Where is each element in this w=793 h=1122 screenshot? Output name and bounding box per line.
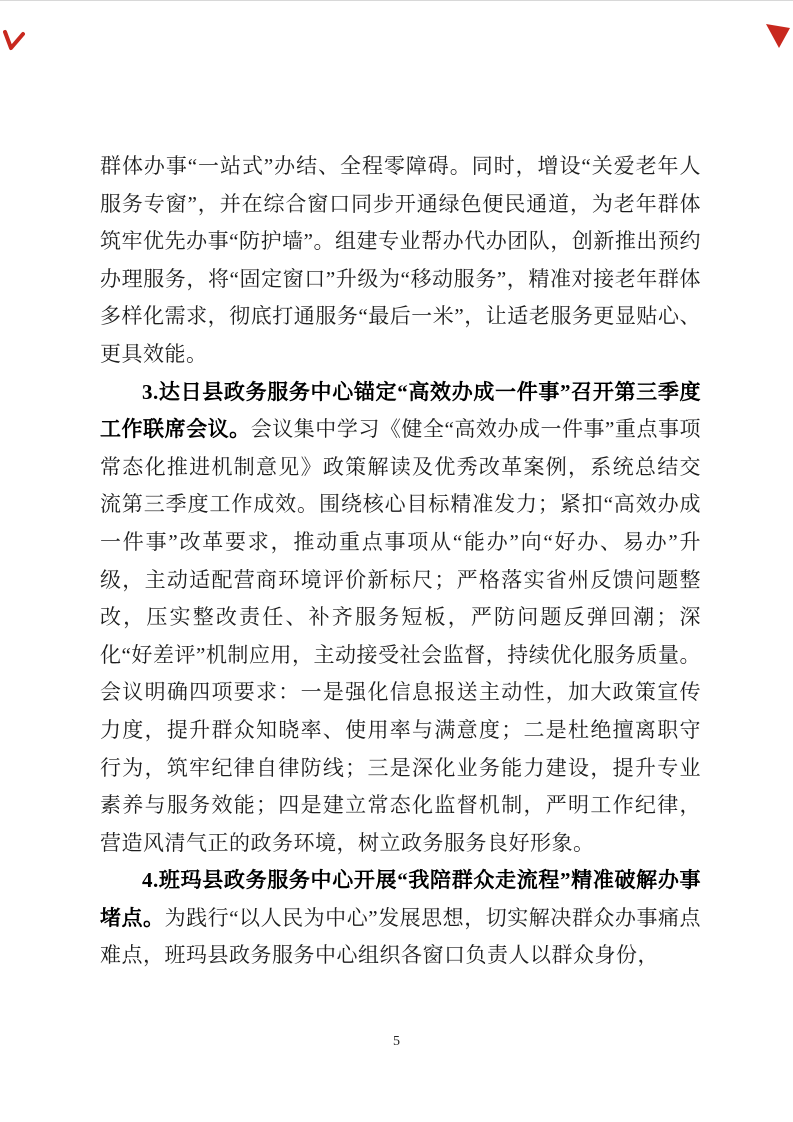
- paragraph-text: 群体办事“一站式”办结、全程零障碍。同时，增设“关爱老年人服务专窗”，并在综合窗…: [100, 154, 701, 366]
- paragraph-text: 会议集中学习《健全“高效办成一件事”重点事项常态化推进机制意见》政策解读及优秀改…: [100, 417, 701, 855]
- page-number: 5: [0, 1034, 793, 1050]
- document-page: 群体办事“一站式”办结、全程零障碍。同时，增设“关爱老年人服务专窗”，并在综合窗…: [0, 0, 793, 1122]
- document-body: 群体办事“一站式”办结、全程零障碍。同时，增设“关爱老年人服务专窗”，并在综合窗…: [100, 148, 701, 975]
- red-corner-mark-right-icon: [765, 22, 791, 55]
- page-top-edge: [0, 0, 793, 1]
- paragraph: 群体办事“一站式”办结、全程零障碍。同时，增设“关爱老年人服务专窗”，并在综合窗…: [100, 148, 701, 374]
- paragraph-text: 为践行“以人民为中心”发展思想，切实解决群众办事痛点难点，班玛县政务服务中心组织…: [100, 906, 701, 968]
- paragraph: 4.班玛县政务服务中心开展“我陪群众走流程”精准破解办事堵点。为践行“以人民为中…: [100, 862, 701, 975]
- red-corner-mark-left-icon: [3, 28, 25, 59]
- paragraph: 3.达日县政务服务中心锚定“高效办成一件事”召开第三季度工作联席会议。会议集中学…: [100, 374, 701, 863]
